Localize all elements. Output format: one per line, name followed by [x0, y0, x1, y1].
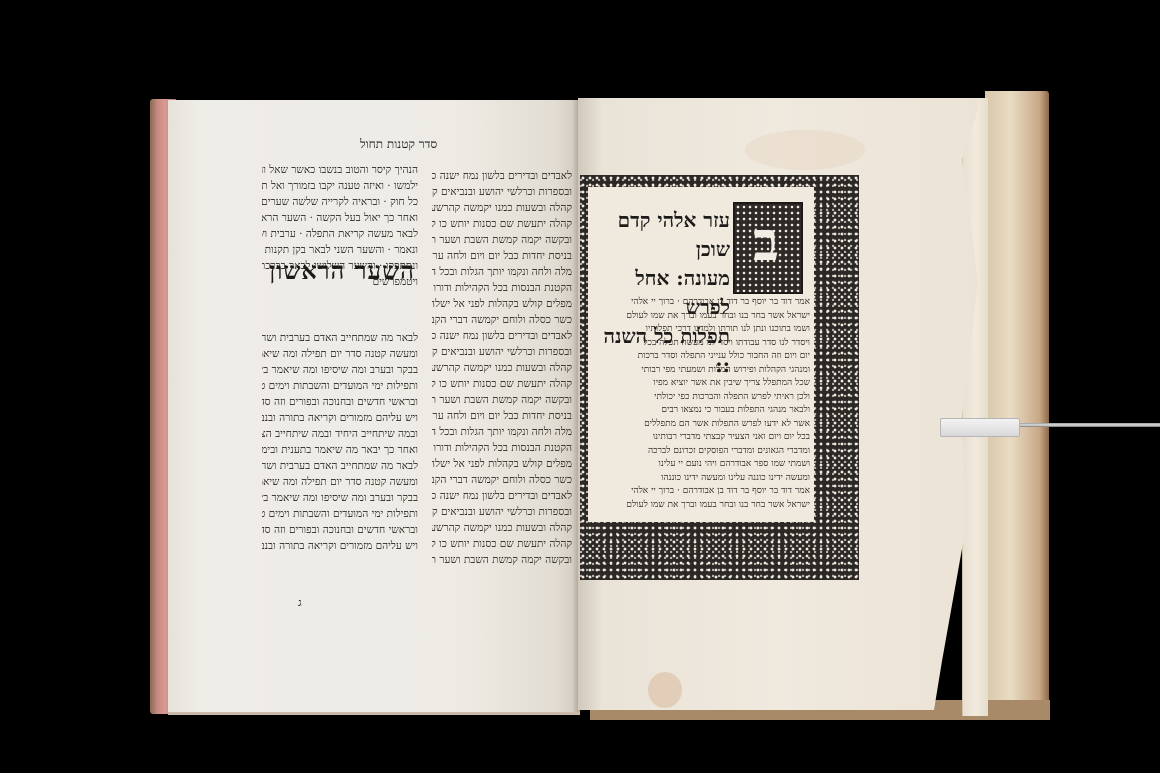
text-line: ותפילות ימי המועדים והשבתות וימים טובים: [262, 378, 418, 394]
text-line: בכל יום ויום ואני הצעיר קבצתי מדברי רבות…: [592, 431, 810, 445]
text-line: ובראשי חדשים ובחנוכה ובפורים וזה סדרם: [262, 522, 418, 538]
chapter-heading: השער הראשון: [262, 256, 422, 286]
text-line: ואחר כך יבאר מה שיאמר בתענית ובימים: [262, 442, 418, 458]
left-page-column-b: לאבדים ובדירים בלשון נמח ישנה ספרדים ובס…: [432, 168, 572, 588]
text-line: ולבאר מנהגי התפלות בעבור כי נמצאו רבים: [592, 404, 810, 418]
text-line: יום ויום וזה החבור כולל ענייני התפלה וסד…: [592, 350, 810, 364]
left-page-column-a: הנהיך קיסר והטוב בנשבו כאשר שאל והסיתו י…: [262, 162, 418, 582]
text-line: ישראל אשר בחר בנו ובחר בעמו וברך את שמו …: [592, 310, 810, 324]
page-pointer-rod: [1016, 423, 1160, 427]
text-line: ובראשי חדשים ובחנוכה ובפורים וזה סדרם: [262, 394, 418, 410]
text-line: לבאר מה שמתחייב האדם בערבית ושחרית ומנחה: [262, 330, 418, 346]
book-cover-right-edge: [985, 91, 1049, 720]
title-line: עזר אלהי קדם שוכן: [592, 206, 730, 264]
text-line: ושמתי שמו ספר אבודרהם ויהי נועם יי עלינו: [592, 458, 810, 472]
text-line: ולכן ראיתי לפרש התפלה והברכות כפי יכולתי: [592, 391, 810, 405]
text-line: בניסת יחדות כבל יום ויום ולחה ערב ובקר: [432, 248, 572, 264]
text-line: מפלים קולש בקהלות לפני אל ישלה וכם ונגבש…: [432, 456, 572, 472]
text-line: קהלה ובשעות כמנו יקמשה קהרשע ועד קודש: [432, 200, 572, 216]
text-line: ובספרות וכרלשי יהושע ובנביאים קודש קוסיט: [432, 504, 572, 520]
text-line: לבאר מעשה קריאת התפלה · ערבית ושחרית: [262, 226, 418, 242]
text-line: ויש עליהם מזמורים וקריאה בתורה ובנביאים: [262, 538, 418, 554]
text-line: ובספרות וכרלשי יהושע ובנביאים קודש קוסיט: [432, 344, 572, 360]
text-line: מפלים קולש בקהלות לפני אל ישלה וכם ונגבש…: [432, 296, 572, 312]
text-line: ישראל אשר בחר בנו ובחר בעמו וברך את שמו …: [592, 499, 810, 513]
text-line: ובספרות וכרלשי יהושע ובנביאים קודש קוסיט: [432, 184, 572, 200]
text-line: כשר כסלה ולוחם יקמשה דברי הקבלה ועד יוסף: [432, 312, 572, 328]
text-line: מלה ולחה ונקמו יותך הגלות ובכל הכנות: [432, 424, 572, 440]
text-line: ומדברי הגאונים ומדברי הפוסקים זכרונם לבר…: [592, 445, 810, 459]
text-line: ויסדר לנו סדר עבודתו ויסד לנו מעשה תפלה …: [592, 337, 810, 351]
text-line: קהלה יתעשת שם כסנות יותש כו לבוסף יכתב: [432, 376, 572, 392]
text-line: ואחר כך יאול בעל הקשה · השער הראשון: [262, 210, 418, 226]
text-line: ומעשה קטנה סדר יום תפילה ומה שיאמר בה: [262, 474, 418, 490]
text-line: כשר כסלה ולוחם יקמשה דברי הקבלה ועד יוסף: [432, 472, 572, 488]
text-line: ובקשה יקמה קמשת השבת ושער תקם לבנך: [432, 552, 572, 568]
text-line: הקטנת הבנסות בכל הקהילות ודורו הקריין: [432, 440, 572, 456]
running-head: סדר קטנות תחול: [360, 137, 437, 152]
page-pointer-paddle: [940, 418, 1020, 437]
text-line: ומנהגי הקהלות ופירוש המלות ושמעתי מפי רב…: [592, 364, 810, 378]
text-line: לאבדים ובדירים בלשון נמח ישנה ספרדים: [432, 168, 572, 184]
text-line: ושמו בתוכנו ונתן לנו תורתו ולמדנו דרכי ת…: [592, 323, 810, 337]
text-line: ומעשה ידינו כוננה עלינו ומעשה ידינו כוננ…: [592, 472, 810, 486]
right-page-body-text: אמר דוד בר יוסף בר דוד בן אבודרהם · ברוך…: [592, 296, 810, 518]
text-line: הנהיך קיסר והטוב בנשבו כאשר שאל והסיתו: [262, 162, 418, 178]
text-line: קהלה ובשעות כמנו יקמשה קהרשע ועד קודש: [432, 520, 572, 536]
text-line: אמר דוד בר יוסף בר דוד בן אבודרהם · ברוך…: [592, 296, 810, 310]
text-line: לאבדים ובדירים בלשון נמח ישנה ספרדים: [432, 488, 572, 504]
text-line: מלה ולחה ונקמו יותך הגלות ובכל הכנות: [432, 264, 572, 280]
text-line: בבקר ובערב ומה שיסיפו ומה שיאמר בימים: [262, 490, 418, 506]
text-line: ויש עליהם מזמורים וקריאה בתורה ובנביאים: [262, 410, 418, 426]
text-line: קהלה יתעשת שם כסנות יותש כו לבוסף יכתב: [432, 536, 572, 552]
text-line: קהלה יתעשת שם כסנות יותש כו לבוסף יכתב: [432, 216, 572, 232]
text-line: לאבדים ובדירים בלשון נמח ישנה ספרדים: [432, 328, 572, 344]
decorated-initial-letter: ב: [733, 214, 799, 268]
text-line: הקטנת הבנסות בכל הקהילות ודורו הקריין: [432, 280, 572, 296]
text-line: ילמשו · ואיזה טענה יקבו בזמורך ואל תסלנה: [262, 178, 418, 194]
text-line: ובקשה יקמה קמשת השבת ושער תקם לבנך: [432, 392, 572, 408]
text-line: ובקשה יקמה קמשת השבת ושער תקם לבנך: [432, 232, 572, 248]
text-line: ומעשה קטנה סדר יום תפילה ומה שיאמר בה: [262, 346, 418, 362]
text-line: אמר דוד בר יוסף בר דוד בן אבודרהם · ברוך…: [592, 485, 810, 499]
foxing-stain: [648, 672, 682, 708]
text-line: כל חוק · ובראיה לקרייה שלשה שערים בראלי: [262, 194, 418, 210]
signature-mark: ג: [298, 596, 302, 609]
text-line: קהלה ובשעות כמנו יקמשה קהרשע ועד קודש: [432, 360, 572, 376]
text-line: שכל המתפלל צריך שיבין את אשר יוציא מפיו: [592, 377, 810, 391]
text-line: בניסת יחדות כבל יום ויום ולחה ערב ובקר: [432, 408, 572, 424]
foxing-stain: [745, 130, 865, 170]
text-line: לבאר מה שמתחייב האדם בערבית ושחרית ומנחה: [262, 458, 418, 474]
text-line: אשר לא ידעו לפרש התפלות אשר הם מתפללים: [592, 418, 810, 432]
text-line: ותפילות ימי המועדים והשבתות וימים טובים: [262, 506, 418, 522]
text-line: בבקר ובערב ומה שיסיפו ומה שיאמר בימים: [262, 362, 418, 378]
text-line: ובמה שיתחייב היחיד ובמה שיתחייב הצבור: [262, 426, 418, 442]
